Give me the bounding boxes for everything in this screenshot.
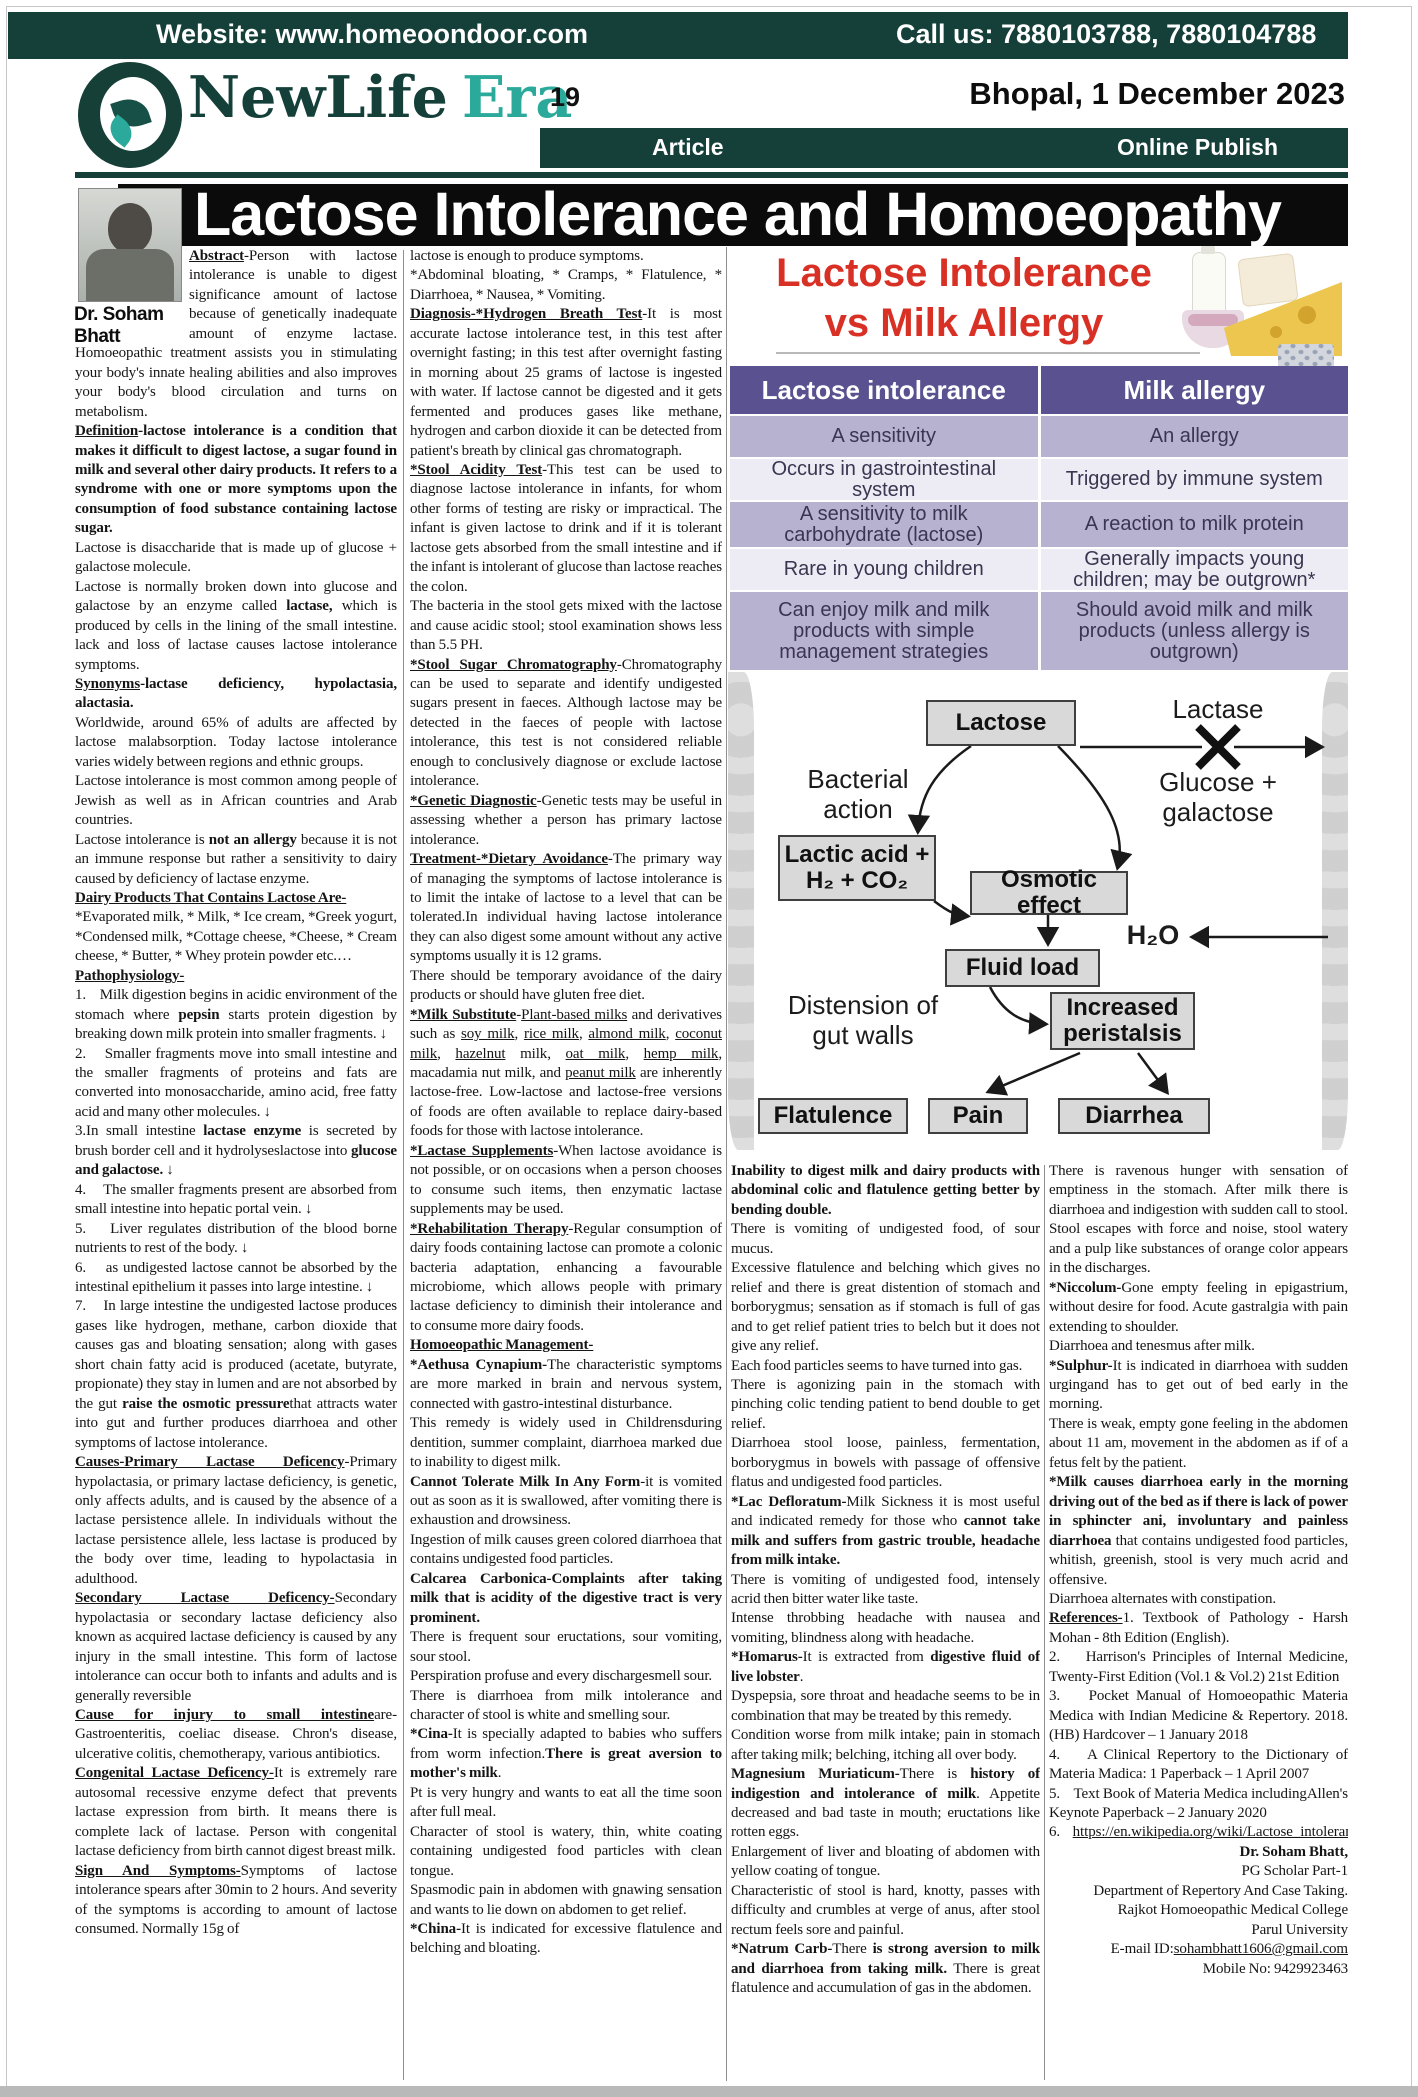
paragraph: 3. Pocket Manual of Homoeopathic Materia… bbox=[1049, 1687, 1348, 1745]
table-row: Can enjoy milk and milk products with si… bbox=[730, 590, 1348, 670]
paragraph: Treatment-*Dietary Avoidance-The primary… bbox=[410, 850, 722, 967]
comparison-table-rows: A sensitivityAn allergyOccurs in gastroi… bbox=[730, 414, 1348, 670]
paragraph: Diarrhoea stool loose, painless, ferment… bbox=[731, 1434, 1040, 1492]
paragraph: Dyspepsia, sore throat and headache seem… bbox=[731, 1687, 1040, 1726]
paragraph: Intense throbbing headache with nausea a… bbox=[731, 1609, 1040, 1648]
website-text: Website: www.homeoondoor.com bbox=[156, 19, 588, 50]
table-cell: Should avoid milk and milk products (unl… bbox=[1041, 590, 1349, 670]
paragraph: lactose is enough to produce symptoms. bbox=[410, 247, 722, 266]
flowchart: Lactose Lactase Glucose +galactose Bacte… bbox=[728, 672, 1348, 1150]
paragraph: Calcarea Carbonica-Complaints after taki… bbox=[410, 1570, 722, 1628]
paragraph: Dr. Soham Bhatt, bbox=[1049, 1843, 1348, 1862]
link[interactable]: sohambhatt1606@gmail.com bbox=[1174, 1941, 1348, 1957]
paragraph: Cause for injury to small intestineare-G… bbox=[75, 1706, 397, 1764]
heading-underline bbox=[776, 352, 1200, 354]
paragraph: 6. https://en.wikipedia.org/wiki/Lactose… bbox=[1049, 1823, 1348, 1842]
paragraph: *Niccolum-Gone empty feeling in epigastr… bbox=[1049, 1279, 1348, 1337]
paragraph: *Genetic Diagnostic-Genetic tests may be… bbox=[410, 792, 722, 850]
table-header: Lactose intolerance Milk allergy bbox=[730, 366, 1348, 414]
paragraph: Magnesium Muriaticum-There is history of… bbox=[731, 1765, 1040, 1843]
paragraph: There is frequent sour eructations, sour… bbox=[410, 1628, 722, 1667]
paragraph: Lactose is disaccharide that is made up … bbox=[75, 539, 397, 578]
issue-date: Bhopal, 1 December 2023 bbox=[969, 76, 1345, 112]
paragraph: There is weak, empty gone feeling in the… bbox=[1049, 1415, 1348, 1473]
paragraph: 4. A Clinical Repertory to the Dictionar… bbox=[1049, 1746, 1348, 1785]
flow-node-diarrhea: Diarrhea bbox=[1058, 1098, 1210, 1134]
table-header-cell: Lactose intolerance bbox=[730, 366, 1041, 414]
paragraph: *Natrum Carb-There is strong aversion to… bbox=[731, 1940, 1040, 1998]
paragraph: 1. Milk digestion begins in acidic envir… bbox=[75, 986, 397, 1044]
paragraph: Sign And Symptoms-Symptoms of lactose in… bbox=[75, 1862, 397, 1940]
flow-label-h2o: H₂O bbox=[1118, 920, 1188, 950]
dairy-products-image bbox=[1182, 248, 1344, 376]
paragraph: Synonyms-lactase deficiency, hypolactasi… bbox=[75, 675, 397, 714]
column-divider bbox=[403, 250, 404, 2080]
paragraph: 6. as undigested lactose cannot be absor… bbox=[75, 1259, 397, 1298]
paragraph: *Lactase Supplements-When lactose avoida… bbox=[410, 1142, 722, 1220]
paragraph: *Milk Substitute-Plant-based milks and d… bbox=[410, 1006, 722, 1142]
paragraph: *Sulphur-It is indicated in diarrhoea wi… bbox=[1049, 1357, 1348, 1415]
infographic-heading: Lactose Intolerancevs Milk Allergy bbox=[744, 248, 1184, 348]
table-cell: An allergy bbox=[1041, 414, 1349, 457]
paragraph: Lactose intolerance is not an allergy be… bbox=[75, 831, 397, 889]
table-cell: Rare in young children bbox=[730, 547, 1041, 590]
table-row: Rare in young childrenGenerally impacts … bbox=[730, 547, 1348, 590]
paragraph: Rajkot Homoeopathic Medical College bbox=[1049, 1901, 1348, 1920]
paragraph: There is agonizing pain in the stomach w… bbox=[731, 1376, 1040, 1434]
paragraph: Perspiration profuse and every discharge… bbox=[410, 1667, 722, 1686]
paragraph: Diarrhoea and tenesmus after milk. bbox=[1049, 1337, 1348, 1356]
flow-node-lactose: Lactose bbox=[926, 700, 1076, 746]
lactose-vs-milk-allergy-infographic: Lactose Intolerancevs Milk Allergy Lacto… bbox=[728, 248, 1350, 1152]
paragraph: Pt is very hungry and wants to eat all t… bbox=[410, 1784, 722, 1823]
flow-node-osmotic-effect: Osmotic effect bbox=[970, 871, 1128, 915]
paragraph: Excessive flatulence and belching which … bbox=[731, 1259, 1040, 1356]
paneer-cube-icon bbox=[1237, 253, 1298, 307]
cheese-hole-icon bbox=[1298, 306, 1316, 324]
flow-node-flatulence: Flatulence bbox=[758, 1098, 908, 1134]
paragraph: Lactose is normally broken down into glu… bbox=[75, 578, 397, 675]
paragraph: Parul University bbox=[1049, 1921, 1348, 1940]
online-publish-label: Online Publish bbox=[1117, 134, 1278, 161]
flow-node-lactic-acid: Lactic acid +H₂ + CO₂ bbox=[778, 835, 936, 901]
table-cell: Generally impacts young children; may be… bbox=[1041, 547, 1349, 590]
paragraph: *China-It is indicated for excessive fla… bbox=[410, 1920, 722, 1959]
table-cell: A sensitivity to milk carbohydrate (lact… bbox=[730, 500, 1041, 547]
table-row: Occurs in gastrointestinal systemTrigger… bbox=[730, 457, 1348, 500]
paragraph: *Milk causes diarrhoea early in the morn… bbox=[1049, 1473, 1348, 1590]
table-cell: Occurs in gastrointestinal system bbox=[730, 457, 1041, 500]
table-cell: Can enjoy milk and milk products with si… bbox=[730, 590, 1041, 670]
table-cell: Triggered by immune system bbox=[1041, 457, 1349, 500]
cheese-hole-icon bbox=[1270, 326, 1282, 338]
paragraph: Diagnosis-*Hydrogen Breath Test-It is mo… bbox=[410, 305, 722, 461]
paragraph: E-mail ID:sohambhatt1606@gmail.com bbox=[1049, 1940, 1348, 1959]
link[interactable]: https://en.wikipedia.org/wiki/Lactose_in… bbox=[1073, 1824, 1348, 1840]
article-title-bar: Lactose Intolerance and Homoeopathy bbox=[118, 184, 1348, 246]
paragraph: There is ravenous hunger with sensation … bbox=[1049, 1162, 1348, 1279]
divider-rule bbox=[75, 172, 1348, 178]
paragraph: 5. Liver regulates distribution of the b… bbox=[75, 1220, 397, 1259]
paragraph: Department of Repertory And Case Taking. bbox=[1049, 1882, 1348, 1901]
paragraph: *Homarus-It is extracted from digestive … bbox=[731, 1648, 1040, 1687]
paragraph: Pathophysiology- bbox=[75, 967, 397, 986]
flow-node-fluid-load: Fluid load bbox=[945, 949, 1100, 987]
paragraph: Mobile No: 9429923463 bbox=[1049, 1960, 1348, 1979]
brand-logo bbox=[78, 62, 182, 168]
paragraph: Lactose intolerance is most common among… bbox=[75, 772, 397, 830]
newspaper-page: Website: www.homeoondoor.com Call us: 78… bbox=[0, 0, 1418, 2097]
paragraph: References-1. Textbook of Pathology - Ha… bbox=[1049, 1609, 1348, 1648]
paragraph: 3.In small intestine lactase enzyme is s… bbox=[75, 1122, 397, 1180]
paragraph: *Cina-It is specially adapted to babies … bbox=[410, 1725, 722, 1783]
paragraph: PG Scholar Part-1 bbox=[1049, 1862, 1348, 1881]
paragraph: Character of stool is watery, thin, whit… bbox=[410, 1823, 722, 1881]
paragraph: *Stool Sugar Chromatography-Chromatograp… bbox=[410, 656, 722, 792]
page-number: 19 bbox=[550, 82, 580, 113]
brand-name: NewLifeEra bbox=[188, 64, 572, 131]
table-header-cell: Milk allergy bbox=[1041, 366, 1349, 414]
column-divider bbox=[1044, 1165, 1045, 2080]
paragraph: Each food particles seems to have turned… bbox=[731, 1357, 1040, 1376]
flow-node-pain: Pain bbox=[928, 1098, 1028, 1134]
table-row: A sensitivityAn allergy bbox=[730, 414, 1348, 457]
paragraph: *Lac Defloratum-Milk Sickness it is most… bbox=[731, 1493, 1040, 1571]
photo-spacer bbox=[75, 247, 189, 331]
milk-bottle-icon bbox=[1192, 252, 1226, 318]
paragraph: *Rehabilitation Therapy-Regular consumpt… bbox=[410, 1220, 722, 1337]
paragraph: Spasmodic pain in abdomen with gnawing s… bbox=[410, 1881, 722, 1920]
paragraph: 7. In large intestine the undigested lac… bbox=[75, 1297, 397, 1453]
table-cell: A sensitivity bbox=[730, 414, 1041, 457]
paragraph: *Aethusa Cynapium-The characteristic sym… bbox=[410, 1356, 722, 1414]
paragraph: Worldwide, around 65% of adults are affe… bbox=[75, 714, 397, 772]
bottle-cap-icon bbox=[1201, 246, 1215, 254]
flow-label-lactase: Lactase bbox=[1158, 694, 1278, 724]
paragraph: There is vomiting of undigested food, of… bbox=[731, 1220, 1040, 1259]
paragraph: 2. Harrison's Principles of Internal Med… bbox=[1049, 1648, 1348, 1687]
table-cell: A reaction to milk protein bbox=[1041, 500, 1349, 547]
table-row: A sensitivity to milk carbohydrate (lact… bbox=[730, 500, 1348, 547]
article-title: Lactose Intolerance and Homoeopathy bbox=[194, 180, 1281, 248]
article-column-4: There is ravenous hunger with sensation … bbox=[1049, 1162, 1348, 2083]
column-divider bbox=[726, 247, 727, 2081]
flow-label-glucose-galactose: Glucose +galactose bbox=[1128, 767, 1308, 827]
article-column-1: Abstract-Person with lactose intolerance… bbox=[75, 247, 397, 2082]
paragraph: *Evaporated milk, * Milk, * Ice cream, *… bbox=[75, 908, 397, 966]
footer-strip bbox=[0, 2086, 1418, 2097]
paragraph: Cannot Tolerate Milk In Any Form-it is v… bbox=[410, 1473, 722, 1531]
flow-label-distension: Distension ofgut walls bbox=[773, 990, 953, 1050]
top-contact-bar: Website: www.homeoondoor.com Call us: 78… bbox=[8, 12, 1348, 59]
paragraph: Inability to digest milk and dairy produ… bbox=[731, 1162, 1040, 1220]
paragraph: 5. Text Book of Materia Medica including… bbox=[1049, 1785, 1348, 1824]
paragraph: This remedy is widely used in Childrensd… bbox=[410, 1414, 722, 1472]
paragraph: Congenital Lactase Deficency-It is extre… bbox=[75, 1764, 397, 1861]
article-label: Article bbox=[652, 134, 724, 161]
call-us-text: Call us: 7880103788, 7880104788 bbox=[896, 19, 1316, 50]
flow-label-bacterial-action: Bacterialaction bbox=[783, 764, 933, 824]
photo-head-silhouette bbox=[108, 203, 152, 253]
paragraph: Dairy Products That Contains Lactose Are… bbox=[75, 889, 397, 908]
paragraph: There is diarrhoea from milk intolerance… bbox=[410, 1687, 722, 1726]
paragraph: *Abdominal bloating, * Cramps, * Flatule… bbox=[410, 266, 722, 305]
paragraph: Diarrhoea alternates with constipation. bbox=[1049, 1590, 1348, 1609]
paragraph: Enlargement of liver and bloating of abd… bbox=[731, 1843, 1040, 1882]
paragraph: *Stool Acidity Test-This test can be use… bbox=[410, 461, 722, 597]
paragraph: 4. The smaller fragments present are abs… bbox=[75, 1181, 397, 1220]
paragraph: There is vomiting of undigested food, in… bbox=[731, 1571, 1040, 1610]
section-bar: Article Online Publish bbox=[540, 128, 1348, 168]
paragraph: Definition-lactose intolerance is a cond… bbox=[75, 422, 397, 539]
paragraph: Ingestion of milk causes green colored d… bbox=[410, 1531, 722, 1570]
paragraph: There should be temporary avoidance of t… bbox=[410, 967, 722, 1006]
article-column-2: lactose is enough to produce symptoms.*A… bbox=[410, 247, 722, 2082]
paragraph: The bacteria in the stool gets mixed wit… bbox=[410, 597, 722, 655]
yogurt-icon bbox=[1188, 314, 1238, 326]
paragraph: Condition worse from milk intake; pain i… bbox=[731, 1726, 1040, 1765]
flow-node-increased-peristalsis: Increasedperistalsis bbox=[1050, 992, 1195, 1050]
paragraph: 2. Smaller fragments move into small int… bbox=[75, 1045, 397, 1123]
paragraph: Characteristic of stool is hard, knotty,… bbox=[731, 1882, 1040, 1940]
paragraph: Homoeopathic Management- bbox=[410, 1336, 722, 1355]
article-column-3: Inability to digest milk and dairy produ… bbox=[731, 1162, 1040, 2083]
paragraph: Secondary Lactase Deficency-Secondary hy… bbox=[75, 1589, 397, 1706]
paragraph: Causes-Primary Lactase Deficency-Primary… bbox=[75, 1453, 397, 1589]
comparison-table: Lactose intolerance Milk allergy A sensi… bbox=[730, 366, 1348, 670]
brand-newlife: NewLife bbox=[188, 64, 448, 131]
